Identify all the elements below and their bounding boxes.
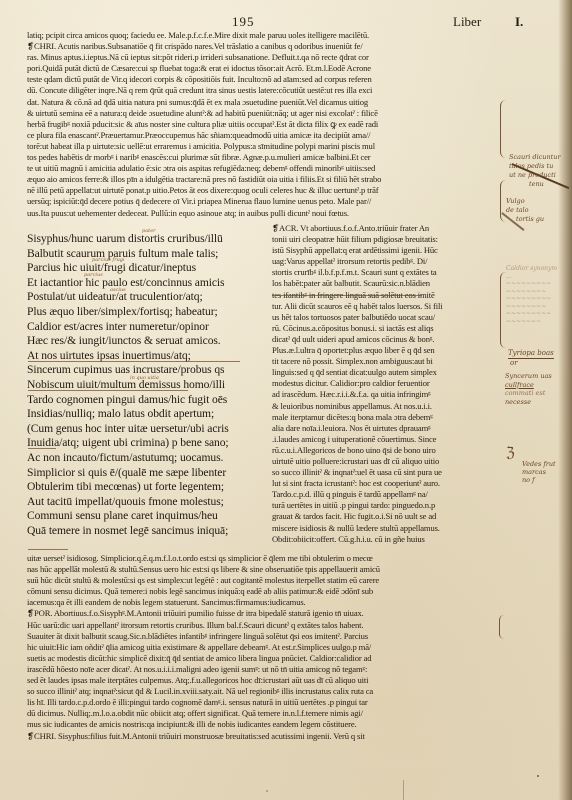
commentary-line: stortis crurībᵍ il.b.f.p.f.m.t. Scauri s… [272,267,498,278]
commentary-line: te ut uitiū magnū i amicitia adulatio ē:… [27,163,497,174]
commentary-line: mus sic iudicantes de amicis nostris:qa … [27,719,497,730]
commentary-line: ❡ACR. Vt abortiuus.f.o.f.Anto.triūuir fr… [272,223,498,234]
verse-line: Postulat/ut uideatur/at truculentior/atq… [27,290,272,305]
commentary-line: & uirtutū semina eē a natura:q deide ɔsu… [27,108,497,119]
margin-note: Tyriopa boas [508,349,554,359]
commentary-line: torē:ut habeat illa p uirtute:sic uellē:… [27,141,497,152]
commentary-line: linguis:sed q q̄d sentiat dicat:uulgo au… [272,367,498,378]
margin-note: Scauri dicuntur talos pedis tu ut ne pro… [509,153,561,189]
commentary-top: latiq; pcipit circa amicos quoq; faciedu… [27,30,497,219]
verse-line: Et iactantior hic paulo est/concinnus am… [27,276,272,291]
verse-line: Quā temere in nosmet legē sancimus iniqu… [27,524,272,539]
commentary-line: so succo illinitˀ & inqnatˀ:uel ēt uasa … [272,467,498,478]
interlinear-gloss: in quo uitia [130,375,159,381]
commentary-line: Suauiter āt dixit balbutit scaug.Sic.n.b… [27,631,497,642]
ink-underline [28,448,56,449]
commentary-line: uirtutē uitio polluere:icrustari uas dī … [272,456,498,467]
ink-underline [28,361,240,362]
verse-line: Inuidia/atq; uigent ubi crimina) p bene … [27,436,272,451]
commentary-line: tur. Alii dicūt scauros eē q habēt talos… [272,301,498,312]
commentary-line: uus.Ita puus:ut uehementer dedeceat. Pul… [27,208,497,219]
interlinear-gloss: parcius frugi [92,257,125,263]
margin-note: Syncerum uas cullfrace commati est neces… [505,372,552,406]
margin-note: or [510,359,518,368]
commentary-right: ❡ACR. Vt abortiuus.f.o.f.Anto.triūuir fr… [272,223,498,545]
commentary-line: Hūc uarū:dic uari appellantˀ itrorsum re… [27,620,497,631]
ink-underline [28,549,68,550]
commentary-line: .i.laudes amicog i uituperationē cōuerti… [272,434,498,445]
commentary-line: dū dicimus. Nulliq;.m.l.o.a.obdit nūc ob… [27,708,497,719]
commentary-line: ras. Minus aptus.i.ieptus.Nā cū ieptus s… [27,52,497,63]
commentary-line: hic uiuit:Hic iam oñditˀ q̄lia amicog ui… [27,642,497,653]
margin-note: Vulgo de talo tortis gu [506,197,544,224]
verse-line: Sisyphus/hunc uarum distortis cruribus/i… [27,232,272,247]
commentary-line: dicatˀ q̄d uult uideri apud amicos cōcin… [272,334,498,345]
verse-line: Parcius hic uiuit/frugi dicatur/ineptus [27,261,272,276]
commentary-line: lis hī. Illi tardo.c.p.d.ordo ē illi:pin… [27,697,497,708]
commentary-line: dū. Concute diligēter inqre.Nā q rem q̄r… [27,85,497,96]
commentary-line: tit tacere nō possit. Simplex.non ambigu… [272,356,498,367]
verse-line: Caldior est/acres inter numeretur/opinor [27,320,272,335]
ink-flourish: ℨ [506,445,515,461]
commentary-line: teste qdam dictū putāt de Vir.q idecori … [27,74,497,85]
verse-line: Insidias/nulliq; malo latus obdit apertu… [27,407,272,422]
margin-note-faded: Caldior synonym ... ~~~~~~~~~ ~~~~~~~~ ~… [506,265,557,325]
commentary-line: Tardo.c.p.d. illū q pinguis ē tardū appe… [272,489,498,500]
commentary-line: ❡POR. Abortiuus.f.o.Sisyphᵍ.M.Antonii tr… [27,608,497,619]
interlinear-gloss: ascius [110,287,126,293]
commentary-line: istū Sisyphū appellat:q erat ardētissimi… [272,245,498,256]
commentary-line: iacemus:qa ēt illi eandem de nobis legem… [27,597,497,608]
commentary-line: Plus.æ.l.ultra q̄ oportet:plus æquo libe… [272,345,498,356]
commentary-line: suetis ac modestis dicūt:hic simplicē di… [27,653,497,664]
margin-bracket [499,615,504,639]
commentary-line: rū. Cōcinus.a.cōpositus bonus.i. si iact… [272,323,498,334]
verse-line: Ac non incauto/fictum/astutumq; uocamus. [27,451,272,466]
commentary-line: alia dare noīa.i.leuiora. Nos ēt uirtute… [272,423,498,434]
verse-line: Plus æquo liber/simplex/fortisq; habeatu… [27,305,272,320]
page-gutter-shadow [558,0,572,800]
commentary-line: æquo aio amicos ferre:& illos pīn a idul… [27,174,497,185]
commentary-line: ad irascēdum. Hæc.r.i.i.&.f.a. qa uitia … [272,389,498,400]
book-page: 195 Liber I. latiq; pcipit circa amicos … [0,0,572,800]
commentary-line: latiq; pcipit circa amicos quoq; faciedu… [27,30,497,41]
commentary-line: male iterptamur dicētes:q bona mala ɔtra… [272,412,498,423]
verse-line: Aut tacitū impellat/quouis fmone molestu… [27,495,272,510]
commentary-line: & leuioribus nominibus appellamus. At no… [272,401,498,412]
ink-underline [272,295,422,296]
commentary-line: uag:Varus appellatˀ itrorsum retortis pe… [272,256,498,267]
commentary-line: suū hūc dicūt stultū & molestū:si qs est… [27,575,497,586]
commentary-line: miscere isidiosis & nullū lædere stultū … [272,523,498,534]
margin-bracket [500,100,507,158]
commentary-line: uersūq; ispiciūt:q̄d decere potius q̄ de… [27,196,497,207]
commentary-line: dat. Natura & cō.nā ad q̄dā uitia natura… [27,97,497,108]
running-head-section: Liber [453,14,481,30]
commentary-line: ❡CHRI. Sisyphus:filius fuit.M.Antonii tr… [27,731,497,742]
commentary-line: us hēt talos tortuosos pater balbutiēdo … [272,312,498,323]
commentary-line: so succo illinitˀ atq; inqnatˀ:sicut q̄d… [27,686,497,697]
verse-line: Communi sensu plane caret inquimus/heu [27,509,272,524]
commentary-line: rū.c.u.i.Allegoricos de bono uino q̄si d… [272,445,498,456]
commentary-line: uitæ uersetˀ isidiosog. Simplicior.q.ē.q… [27,553,497,564]
commentary-bottom: uitæ uersetˀ isidiosog. Simplicior.q.ē.q… [27,553,497,742]
commentary-line: ce plura fila enascantˀ.Præuertamur.Præo… [27,130,497,141]
verse-line: Hæc res/& iungit/iunctos & seruat amicos… [27,334,272,349]
commentary-line: sed ēt laudes ipsas male iterptātes culp… [27,675,497,686]
verse-text: Sisyphus/hunc uarum distortis cruribus/i… [27,232,272,538]
commentary-line: lut si sint fracta icrustantˀ: hoc est c… [272,478,498,489]
commentary-line: herbā frugibᵍ noxiā pducit:sic & aīus no… [27,119,497,130]
commentary-line: pori.Quidā putāt dictū de Cæsare:cui sp … [27,63,497,74]
ink-underline [28,390,188,391]
paper-crease [403,780,404,800]
interlinear-gloss: parcius [84,272,103,278]
commentary-line: nas hūc appellāt molestū & stultū.Sensus… [27,564,497,575]
commentary-line: nē illū petū appellat:ut uirtutē ponat.p… [27,185,497,196]
commentary-line: tonii uiri cleopatræ hūit filium pdigios… [272,234,498,245]
verse-line: Balbutit scaurum paruis fultum male tali… [27,247,272,262]
commentary-line: modestus dicitur. Calidior:pro caldior f… [272,378,498,389]
commentary-line: grauat & tardos facit. Hic fugit.o.i.Si … [272,511,498,522]
commentary-line: Obdit:obiicit:offert. Cū.g.h.i.u. cū in … [272,534,498,545]
folio-number: 195 [232,14,255,30]
margin-note: Vedes frut marcas no f [522,460,556,484]
verse-line: Obtulerim tibi mecœnas) ut forte legente… [27,480,272,495]
commentary-line: tos pedes habētis dr morbᵍ i naribᵍ enas… [27,152,497,163]
paper-blemish [537,775,539,777]
interlinear-gloss: pater [142,228,156,234]
commentary-line: los habēt:pater aūt balbutit. Scaurū:sic… [272,278,498,289]
commentary-line: cōmuni sensu dicimus. Quā temere:i nobis… [27,586,497,597]
commentary-line: ❡CHRI. Acutis naribus.Subsanatiōe q̄ fit… [27,41,497,52]
commentary-line: turā uertētes in uitiū .p pingui tardo: … [272,500,498,511]
paper-blemish [266,790,268,792]
running-head-book-number: I. [515,14,523,30]
verse-line: (Cum genus hoc inter uitæ uersetur/ubi a… [27,422,272,437]
verse-line: Simplicior si quis ē/(qualē me sæpe libe… [27,466,272,481]
verse-line: Tardo cognomen pingui damus/hic fugit oē… [27,393,272,408]
commentary-line: irascēdū hōesto noīe acer dicatˀ. At nos… [27,664,497,675]
